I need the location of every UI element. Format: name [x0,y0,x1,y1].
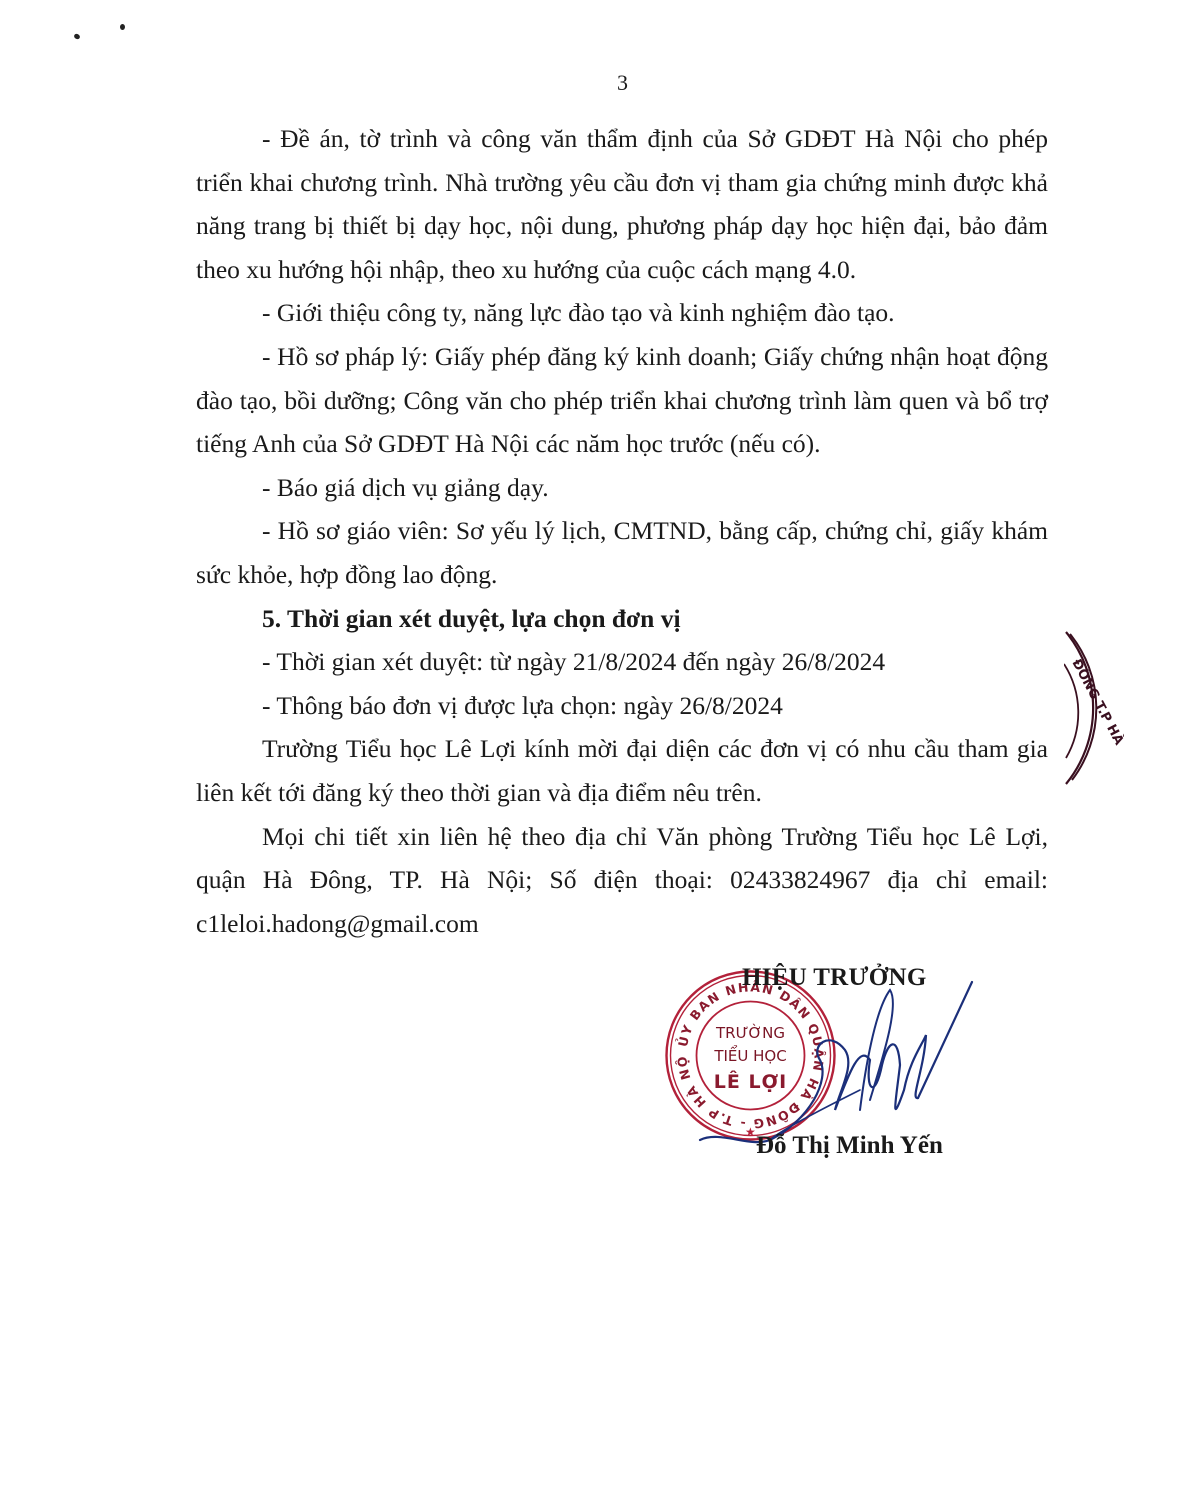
page-number: 3 [0,70,1202,96]
schedule-item: - Thời gian xét duyệt: từ ngày 21/8/2024… [196,640,1048,684]
requirement-paragraph: - Báo giá dịch vụ giảng dạy. [196,466,1048,510]
requirement-paragraph: - Hồ sơ pháp lý: Giấy phép đăng ký kinh … [196,335,1048,466]
section-heading: 5. Thời gian xét duyệt, lựa chọn đơn vị [196,597,1048,641]
document-body: - Đề án, tờ trình và công văn thẩm định … [196,117,1048,945]
requirement-paragraph: - Hồ sơ giáo viên: Sơ yếu lý lịch, CMTND… [196,509,1048,596]
requirement-paragraph: - Đề án, tờ trình và công văn thẩm định … [196,117,1048,291]
scan-speck [120,24,125,30]
signer-name: Đỗ Thị Minh Yến [756,1132,943,1160]
partial-stamp-icon: ĐÔNG T.P HÀ [1064,628,1124,788]
signature-block: ỦY BAN NHÂN DÂN QUẬN HÀ ĐÔNG - T.P HÀ NỘ… [660,950,1000,1170]
contact-paragraph: Mọi chi tiết xin liên hệ theo địa chỉ Vă… [196,815,1048,946]
scan-speck [73,33,81,40]
document-page: 3 - Đề án, tờ trình và công văn thẩm địn… [0,0,1202,1500]
requirement-paragraph: - Giới thiệu công ty, năng lực đào tạo v… [196,291,1048,335]
invitation-paragraph: Trường Tiểu học Lê Lợi kính mời đại diện… [196,727,1048,814]
schedule-item: - Thông báo đơn vị được lựa chọn: ngày 2… [196,684,1048,728]
